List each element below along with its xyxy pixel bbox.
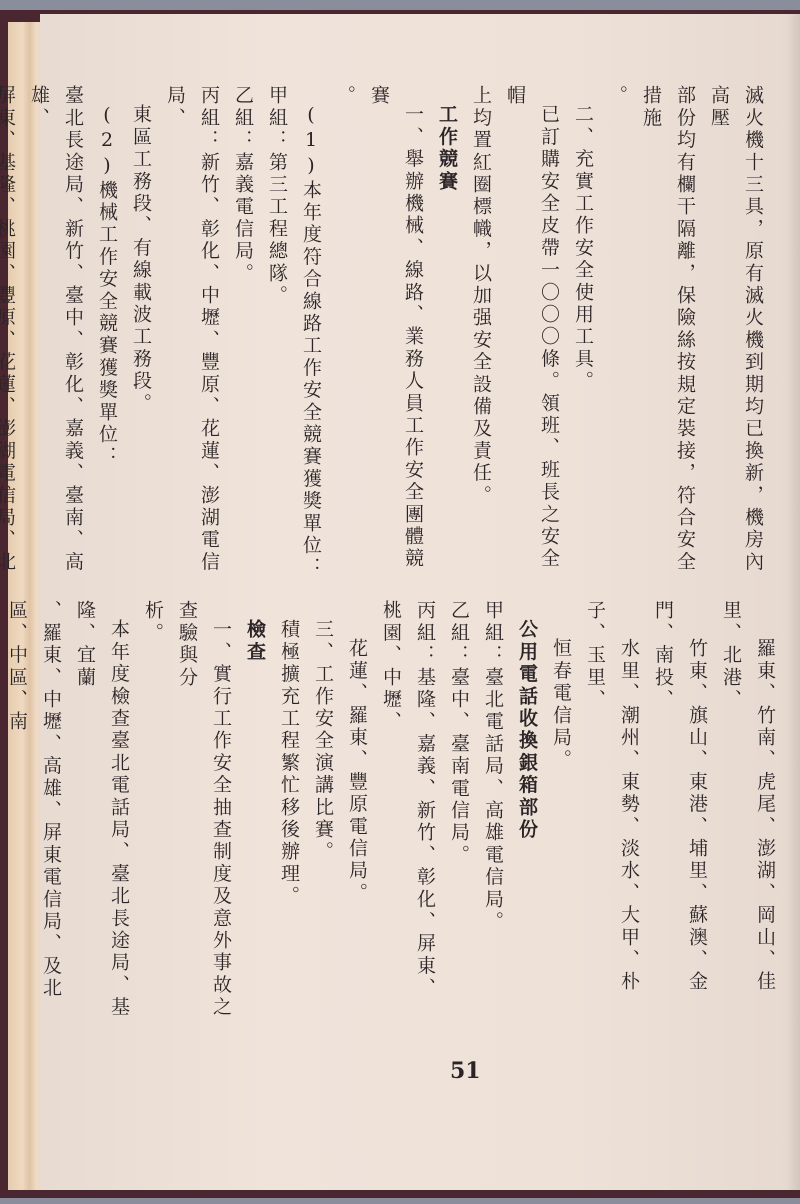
section-heading: 檢查: [238, 600, 272, 1020]
text-line: 三、工作安全演講比賽。: [306, 600, 340, 1020]
text-line: (2)機械工作安全競賽獲獎單位：: [90, 85, 124, 585]
section-heading: 公用電話收換銀箱部份: [510, 600, 544, 1020]
upper-text-block: 滅火機十三具，原有滅火機到期均已換新，機房內高壓部份均有欄干隔離，保險絲按規定裝…: [0, 85, 770, 585]
text-line: 東區工務段、有線載波工務段。: [124, 85, 158, 585]
page-number: 51: [450, 1058, 481, 1084]
text-line: 恒春電信局。: [544, 600, 578, 1020]
text-line: 已訂購安全皮帶一〇〇〇條。領班、班長之安全帽: [498, 85, 566, 585]
text-line: 。: [600, 85, 634, 585]
text-line: 屏東、基隆、桃園、豐原、花蓮、澎湖電信局、北區、: [0, 85, 22, 585]
text-line: 丙組：基隆、嘉義、新竹、彰化、屏東、桃園、中壢、: [374, 600, 442, 1020]
text-line: 水里、潮州、東勢、淡水、大甲、朴子、玉里、: [578, 600, 646, 1020]
text-line: 臺北長途局、新竹、臺中、彰化、嘉義、臺南、高雄、: [22, 85, 90, 585]
text-line: 乙組：嘉義電信局。: [226, 85, 260, 585]
text-line: 部份均有欄干隔離，保險絲按規定裝接，符合安全措施: [634, 85, 702, 585]
text-line: 上均置紅圈標幟，以加强安全設備及責任。: [464, 85, 498, 585]
text-line: 丙組：新竹、彰化、中壢、豐原、花蓮、澎湖電信局、: [158, 85, 226, 585]
text-line: 析。: [136, 600, 170, 1020]
text-line: 滅火機十三具，原有滅火機到期均已換新，機房內高壓: [702, 85, 770, 585]
text-line: 乙組：臺中、臺南電信局。: [442, 600, 476, 1020]
text-line: (1)本年度符合線路工作安全競賽獲獎單位：: [294, 85, 328, 585]
text-line: 本年度檢查臺北電話局、臺北長途局、基隆、宜蘭: [68, 600, 136, 1020]
text-line: 竹東、旗山、東港、埔里、蘇澳、金門、南投、: [646, 600, 714, 1020]
section-heading: 工作競賽: [430, 85, 464, 585]
text-line: 。: [328, 85, 362, 585]
text-line: 一、舉辦機械、線路、業務人員工作安全團體競賽: [362, 85, 430, 585]
page-gutter-shadow: [786, 14, 800, 1190]
text-line: 羅東、竹南、虎尾、澎湖、岡山、佳里、北港、: [714, 600, 782, 1020]
lower-text-block: 羅東、竹南、虎尾、澎湖、岡山、佳里、北港、竹東、旗山、東港、埔里、蘇澳、金門、南…: [0, 600, 782, 1020]
text-line: 甲組：第三工程總隊。: [260, 85, 294, 585]
text-line: 甲組：臺北電話局、高雄電信局。: [476, 600, 510, 1020]
text-line: 一、實行工作安全抽查制度及意外事故之查驗與分: [170, 600, 238, 1020]
text-line: 二、充實工作安全使用工具。: [566, 85, 600, 585]
text-line: 花蓮、羅東、豐原電信局。: [340, 600, 374, 1020]
text-line: 積極擴充工程繁忙移後辦理。: [272, 600, 306, 1020]
text-line: 、羅東、中壢、高雄、屏東電信局、及北區、中區、南: [0, 600, 68, 1020]
